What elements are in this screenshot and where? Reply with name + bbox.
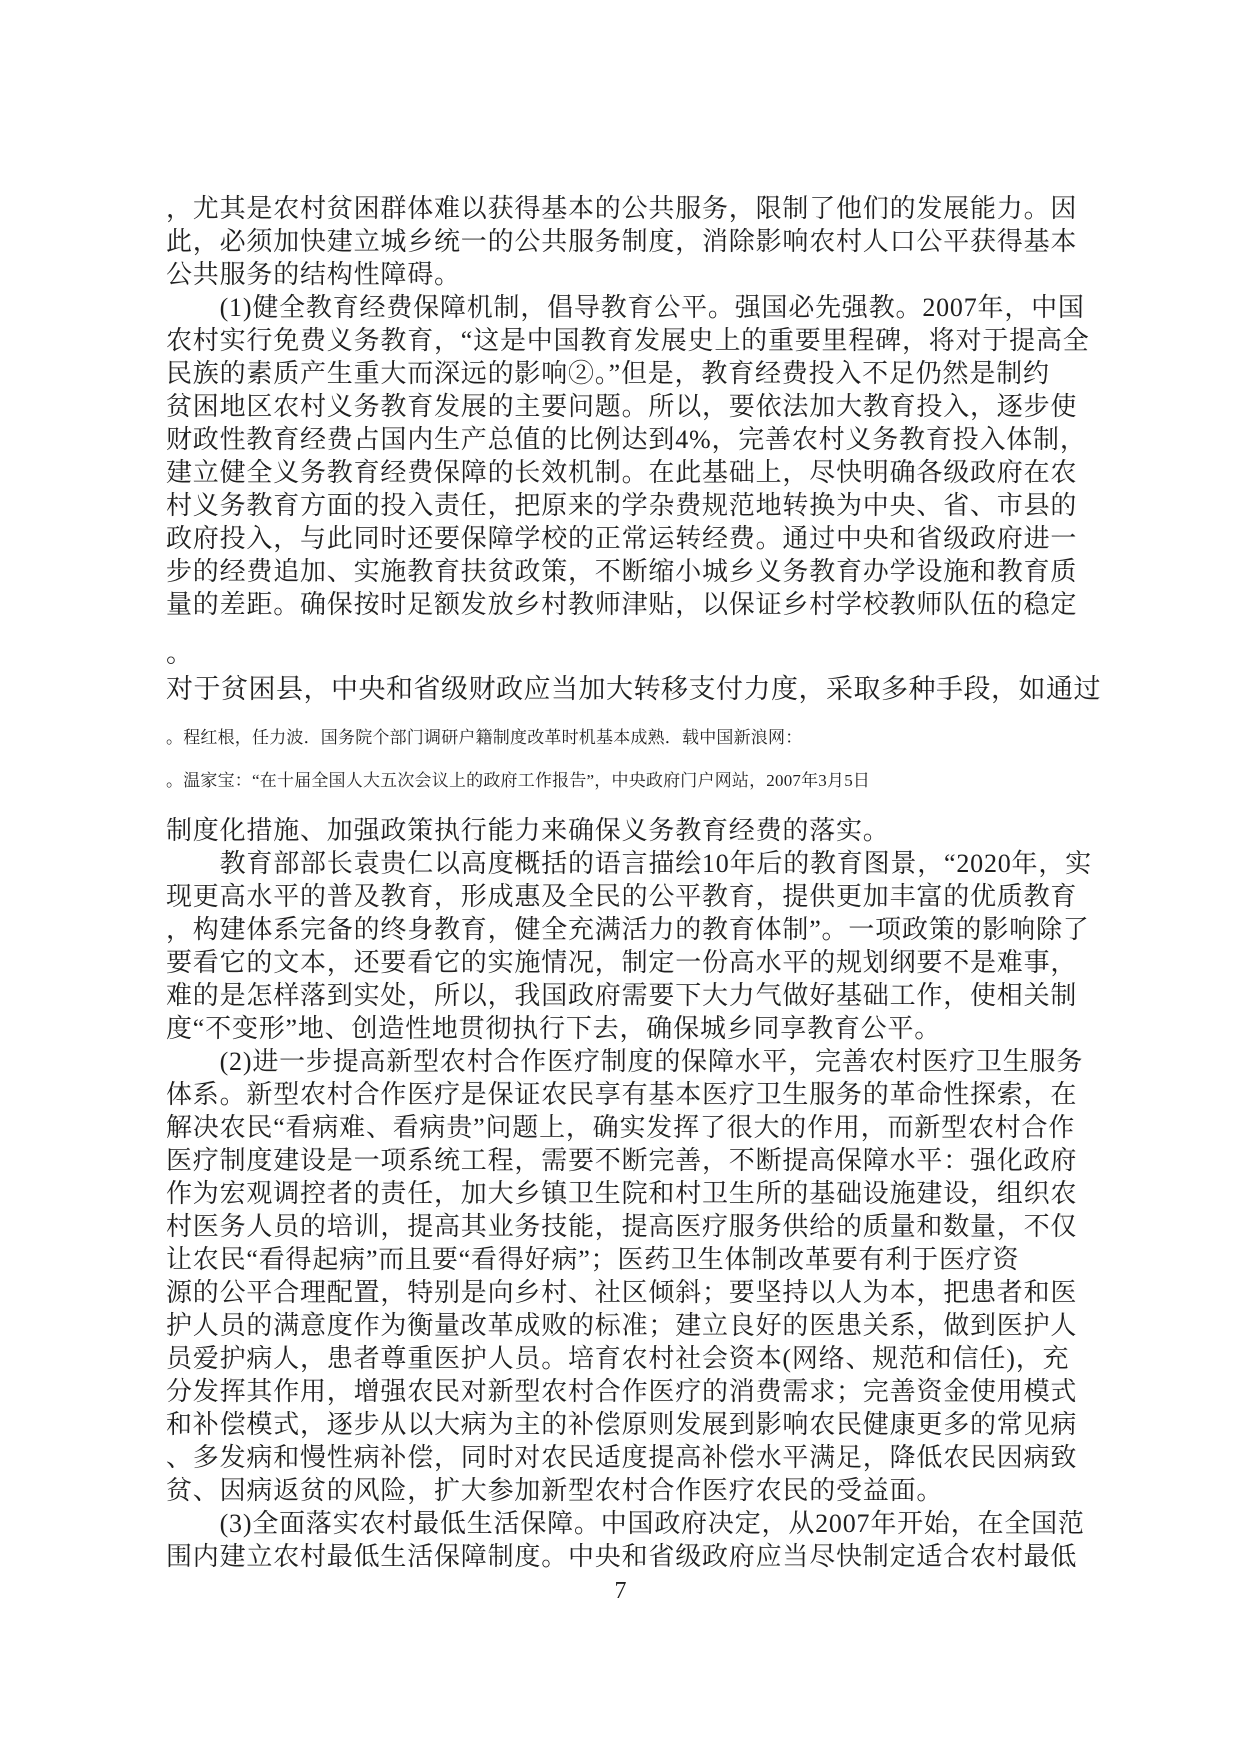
text-line: 分发挥其作用，增强农民对新型农村合作医疗的消费需求；完善资金使用模式 bbox=[166, 1375, 1078, 1408]
text-line: 。温家宝：“在十届全国人大五次会议上的政府工作报告”，中央政府门户网站，2007… bbox=[166, 770, 1078, 792]
paragraph-block: ，尤其是农村贫困群体难以获得基本的公共服务，限制了他们的发展能力。因此，必须加快… bbox=[166, 192, 1078, 621]
text-line: 。程红根，任力波．国务院个部门调研户籍制度改革时机基本成熟．载中国新浪网： bbox=[166, 727, 1078, 749]
text-line: 村医务人员的培训，提高其业务技能，提高医疗服务供给的质量和数量，不仅 bbox=[166, 1210, 1078, 1243]
text-line: 体系。新型农村合作医疗是保证农民享有基本医疗卫生服务的革命性探索，在 bbox=[166, 1078, 1078, 1111]
document-page: ，尤其是农村贫困群体难以获得基本的公共服务，限制了他们的发展能力。因此，必须加快… bbox=[0, 0, 1241, 1754]
text-line: 教育部部长袁贵仁以高度概括的语言描绘10年后的教育图景，“2020年，实 bbox=[166, 847, 1078, 880]
text-line: 员爱护病人，患者尊重医护人员。培育农村社会资本(网络、规范和信任)，充 bbox=[166, 1342, 1078, 1375]
text-line: 此，必须加快建立城乡统一的公共服务制度，消除影响农村人口公平获得基本 bbox=[166, 225, 1078, 258]
text-line: 让农民“看得起病”而且要“看得好病”；医药卫生体制改革要有利于医疗资 bbox=[166, 1243, 1078, 1276]
text-line: (3)全面落实农村最低生活保障。中国政府决定，从2007年开始，在全国范 bbox=[166, 1507, 1078, 1540]
text-line: 护人员的满意度作为衡量改革成败的标准；建立良好的医患关系，做到医护人 bbox=[166, 1309, 1078, 1342]
text-line: 民族的素质产生重大而深远的影响②。”但是，教育经费投入不足仍然是制约 bbox=[166, 357, 1078, 390]
paragraph-block: 制度化措施、加强政策执行能力来确保义务教育经费的落实。 教育部部长袁贵仁以高度概… bbox=[166, 814, 1078, 1573]
paragraph-block: 。对于贫困县，中央和省级财政应当加大转移支付力度，采取多种手段，如通过 bbox=[166, 635, 1078, 707]
page-number: 7 bbox=[0, 1578, 1241, 1604]
text-line: 难的是怎样落到实处，所以，我国政府需要下大力气做好基础工作，使相关制 bbox=[166, 979, 1078, 1012]
text-line: 医疗制度建设是一项系统工程，需要不断完善，不断提高保障水平：强化政府 bbox=[166, 1144, 1078, 1177]
text-line: 源的公平合理配置，特别是向乡村、社区倾斜；要坚持以人为本，把患者和医 bbox=[166, 1276, 1078, 1309]
text-line: 。 bbox=[166, 635, 1078, 671]
text-line: 对于贫困县，中央和省级财政应当加大转移支付力度，采取多种手段，如通过 bbox=[166, 671, 1078, 707]
text-line: 财政性教育经费占国内生产总值的比例达到4%，完善农村义务教育投入体制， bbox=[166, 423, 1078, 456]
text-line: ，构建体系完备的终身教育，健全充满活力的教育体制”。一项政策的影响除了 bbox=[166, 913, 1078, 946]
text-line: 围内建立农村最低生活保障制度。中央和省级政府应当尽快制定适合农村最低 bbox=[166, 1540, 1078, 1573]
text-line: 贫、因病返贫的风险，扩大参加新型农村合作医疗农民的受益面。 bbox=[166, 1474, 1078, 1507]
text-line: 政府投入，与此同时还要保障学校的正常运转经费。通过中央和省级政府进一 bbox=[166, 522, 1078, 555]
text-line: 步的经费追加、实施教育扶贫政策，不断缩小城乡义务教育办学设施和教育质 bbox=[166, 555, 1078, 588]
text-line: 村义务教育方面的投入责任，把原来的学杂费规范地转换为中央、省、市县的 bbox=[166, 489, 1078, 522]
text-line: (1)健全教育经费保障机制，倡导教育公平。强国必先强教。2007年，中国 bbox=[166, 291, 1078, 324]
text-line: ，尤其是农村贫困群体难以获得基本的公共服务，限制了他们的发展能力。因 bbox=[166, 192, 1078, 225]
text-line: 和补偿模式，逐步从以大病为主的补偿原则发展到影响农民健康更多的常见病 bbox=[166, 1408, 1078, 1441]
footnote-block: 。温家宝：“在十届全国人大五次会议上的政府工作报告”，中央政府门户网站，2007… bbox=[166, 770, 1078, 792]
text-line: 作为宏观调控者的责任，加大乡镇卫生院和村卫生所的基础设施建设，组织农 bbox=[166, 1177, 1078, 1210]
text-line: 制度化措施、加强政策执行能力来确保义务教育经费的落实。 bbox=[166, 814, 1078, 847]
text-body: ，尤其是农村贫困群体难以获得基本的公共服务，限制了他们的发展能力。因此，必须加快… bbox=[166, 192, 1078, 1573]
text-line: 建立健全义务教育经费保障的长效机制。在此基础上，尽快明确各级政府在农 bbox=[166, 456, 1078, 489]
text-line: 解决农民“看病难、看病贵”问题上，确实发挥了很大的作用，而新型农村合作 bbox=[166, 1111, 1078, 1144]
text-line: 量的差距。确保按时足额发放乡村教师津贴，以保证乡村学校教师队伍的稳定 bbox=[166, 588, 1078, 621]
text-line: 要看它的文本，还要看它的实施情况，制定一份高水平的规划纲要不是难事， bbox=[166, 946, 1078, 979]
text-line: 现更高水平的普及教育，形成惠及全民的公平教育，提供更加丰富的优质教育 bbox=[166, 880, 1078, 913]
text-line: 、多发病和慢性病补偿，同时对农民适度提高补偿水平满足，降低农民因病致 bbox=[166, 1441, 1078, 1474]
text-line: (2)进一步提高新型农村合作医疗制度的保障水平，完善农村医疗卫生服务 bbox=[166, 1045, 1078, 1078]
text-line: 农村实行免费义务教育，“这是中国教育发展史上的重要里程碑，将对于提高全 bbox=[166, 324, 1078, 357]
text-line: 公共服务的结构性障碍。 bbox=[166, 258, 1078, 291]
text-line: 贫困地区农村义务教育发展的主要问题。所以，要依法加大教育投入，逐步使 bbox=[166, 390, 1078, 423]
text-line: 度“不变形”地、创造性地贯彻执行下去，确保城乡同享教育公平。 bbox=[166, 1012, 1078, 1045]
footnote-block: 。程红根，任力波．国务院个部门调研户籍制度改革时机基本成熟．载中国新浪网： bbox=[166, 727, 1078, 749]
